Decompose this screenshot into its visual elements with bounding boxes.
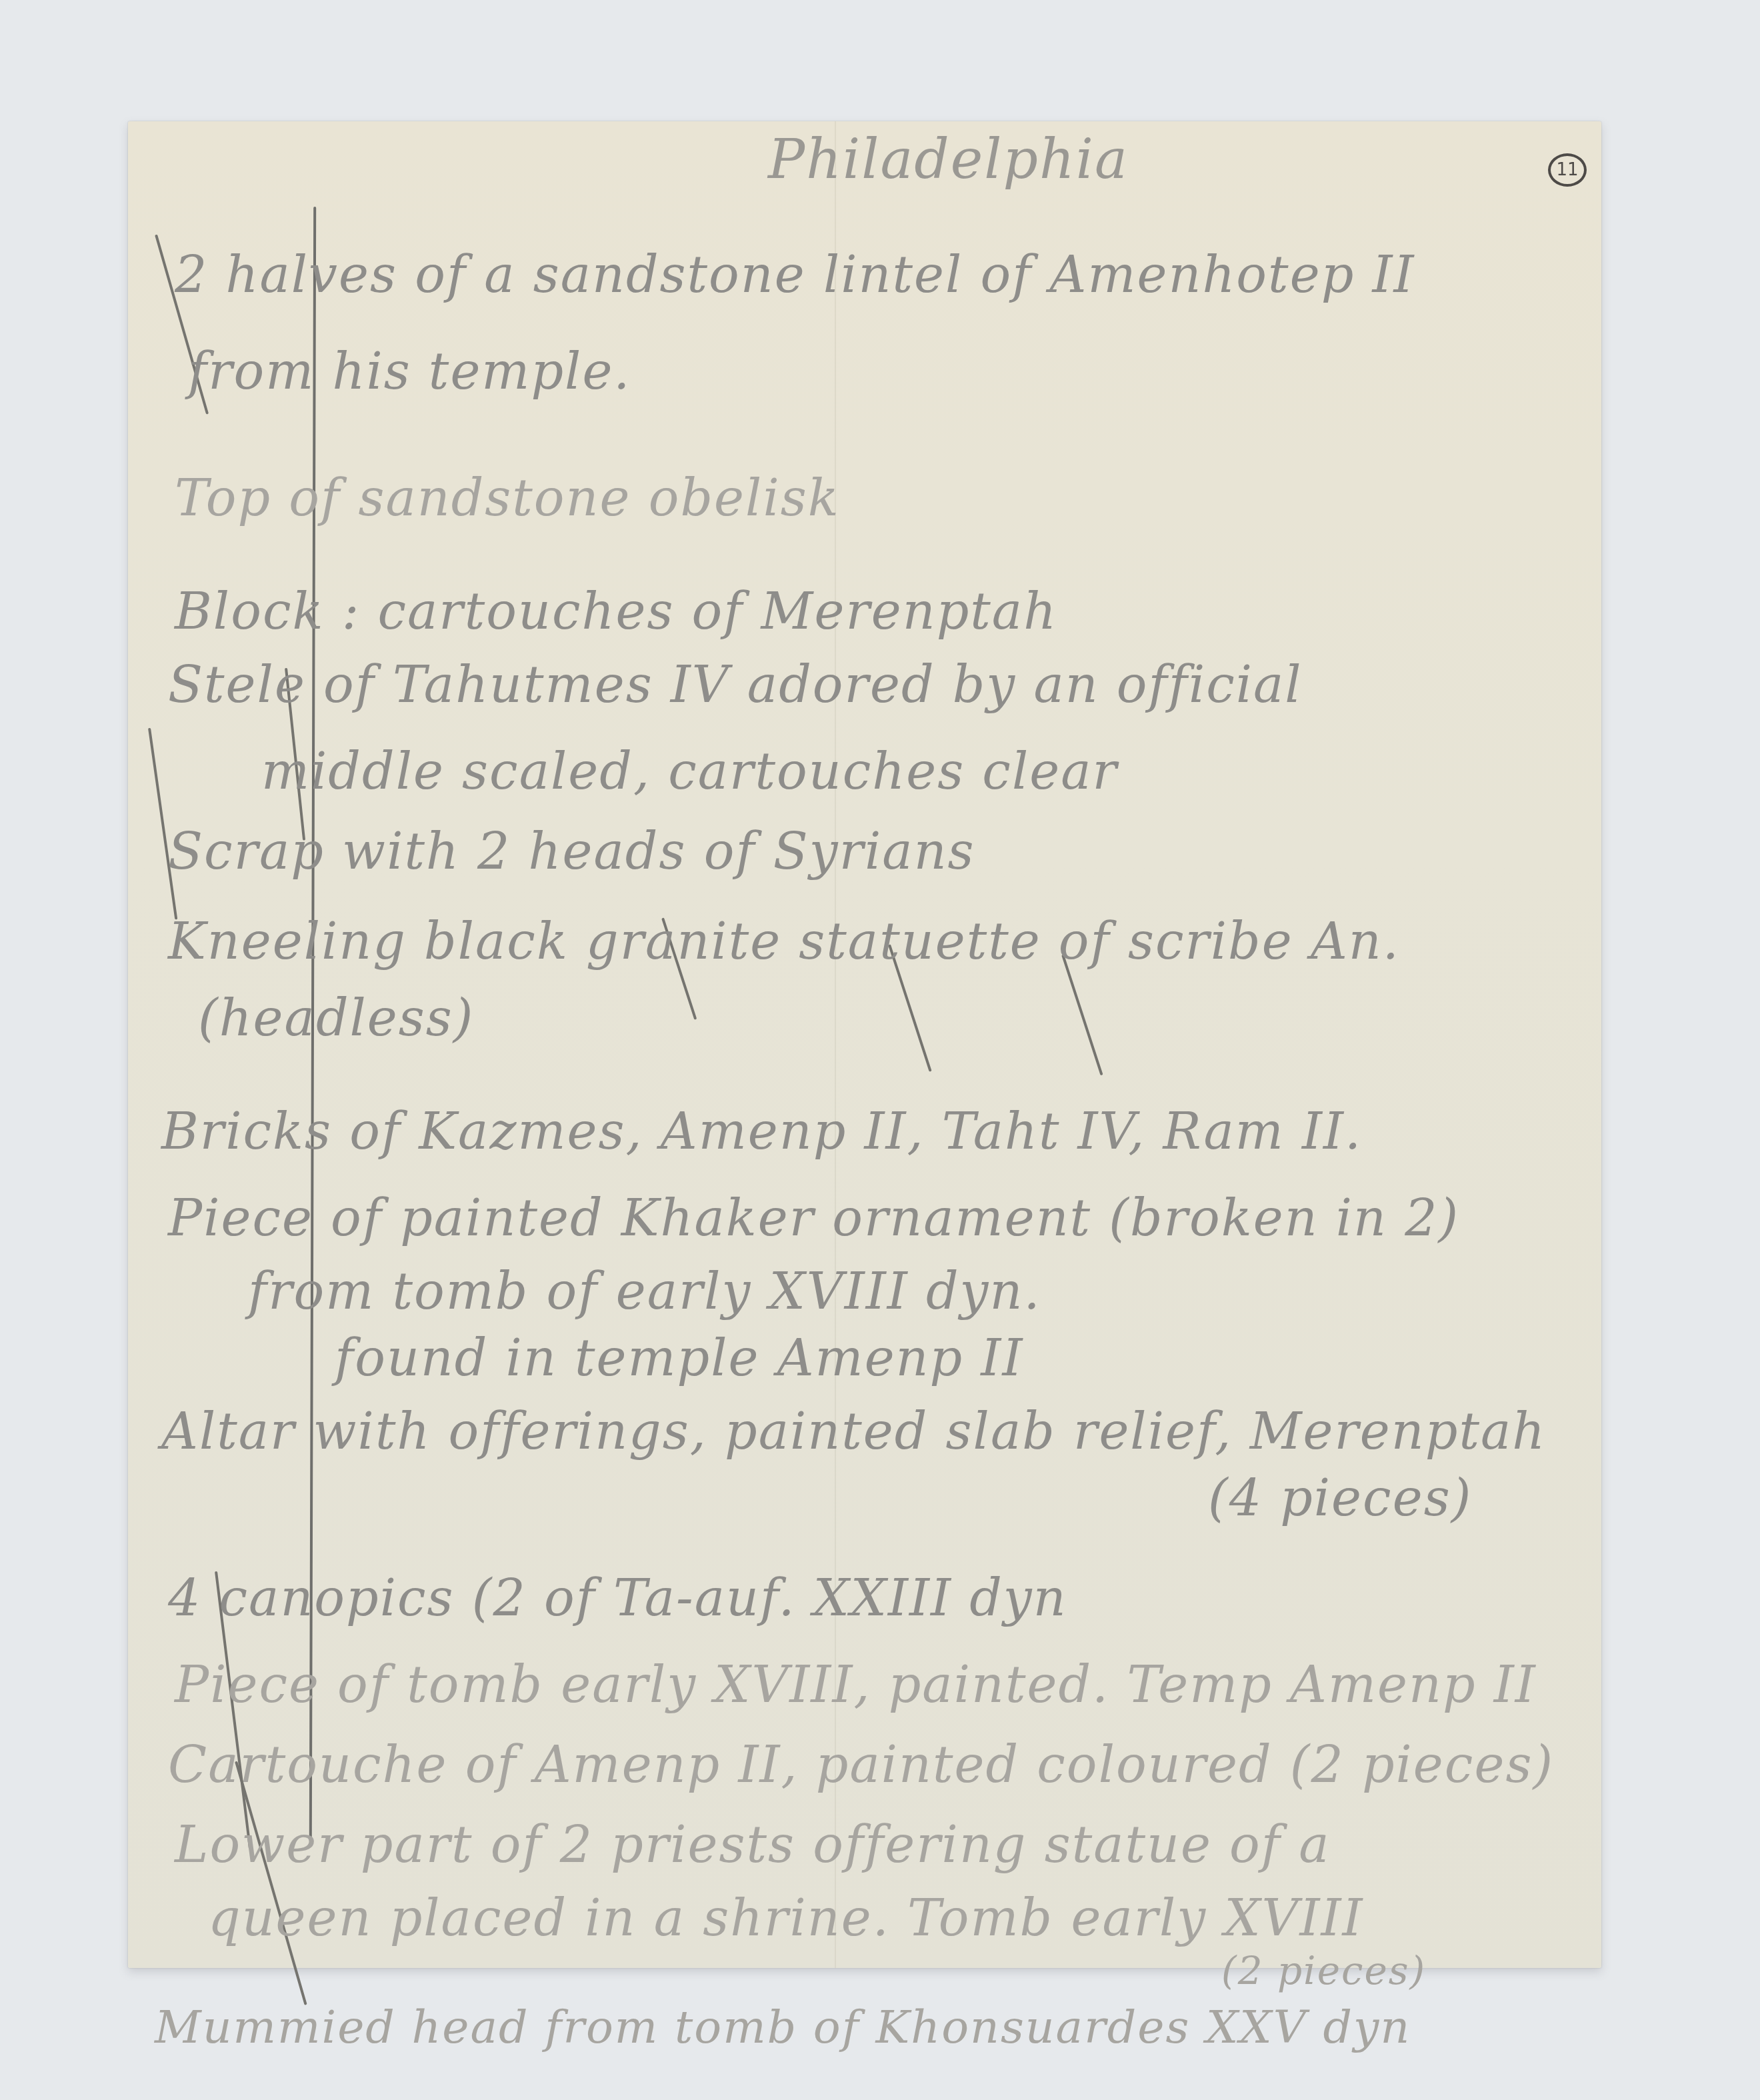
handwritten-line: 4 canopics (2 of Ta-auf. XXIII dyn [168,1568,1067,1627]
handwritten-line: (4 pieces) [1208,1468,1472,1527]
handwritten-line: Piece of painted Khaker ornament (broken… [168,1188,1459,1247]
handwritten-line: Cartouche of Amenp II, painted coloured … [168,1735,1554,1794]
handwritten-line: (2 pieces) [1221,1948,1426,1993]
cross-mark-icon [1061,954,1103,1075]
handwritten-line: Bricks of Kazmes, Amenp II, Taht IV, Ram… [161,1101,1362,1161]
cross-mark-icon [235,1761,307,2005]
handwritten-line: Mummied head from tomb of Khonsuardes XX… [155,2001,1411,2054]
page-number: 11 [1548,153,1587,187]
handwritten-line: (headless) [198,988,474,1047]
handwritten-line: Altar with offerings, painted slab relie… [161,1401,1546,1461]
handwritten-line: from his temple. [188,341,631,401]
handwritten-line: from tomb of early XVIII dyn. [248,1261,1041,1321]
handwritten-line: Top of sandstone obelisk [175,468,840,527]
handwritten-line: Block : cartouches of Merenptah [175,581,1057,641]
handwritten-line: Piece of tomb early XVIII, painted. Temp… [175,1655,1537,1714]
manuscript-page: 11 Philadelphia 2 halves of a sandstone … [128,121,1601,1968]
document-title: Philadelphia [768,128,1129,191]
handwritten-line: found in temple Amenp II [335,1328,1023,1387]
handwritten-line: Kneeling black granite statuette of scri… [168,911,1400,971]
handwritten-line: queen placed in a shrine. Tomb early XVI… [208,1888,1363,1947]
handwritten-line: Lower part of 2 priests offering statue … [175,1815,1330,1874]
handwritten-line: middle scaled, cartouches clear [261,741,1118,801]
handwritten-line: 2 halves of a sandstone lintel of Amenho… [175,245,1415,304]
handwritten-line: Scrap with 2 heads of Syrians [168,821,975,881]
handwritten-line: Stele of Tahutmes IV adored by an offici… [168,655,1303,714]
